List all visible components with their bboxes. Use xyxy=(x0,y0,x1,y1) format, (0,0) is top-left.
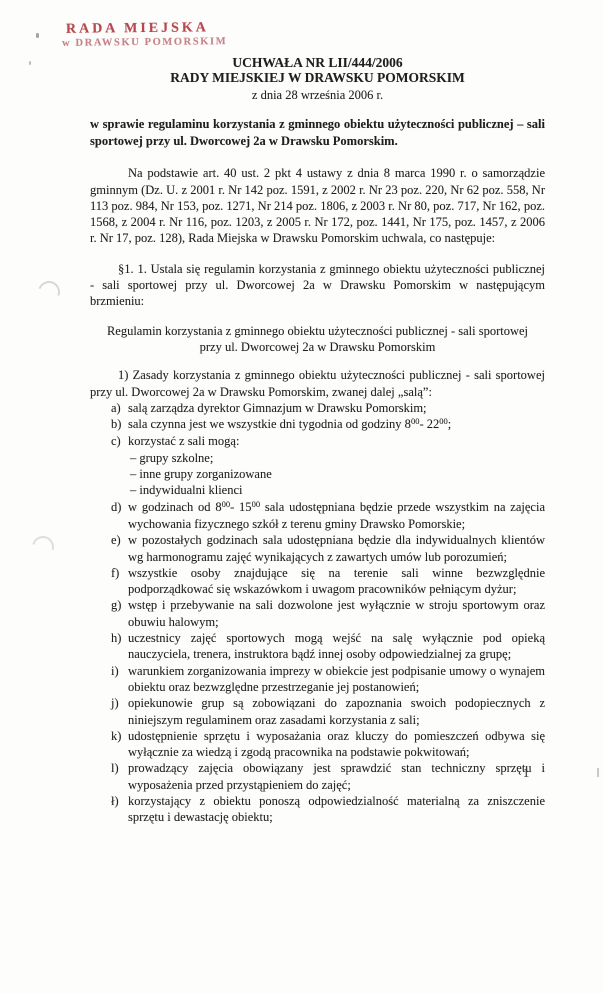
list-item-c: c) korzystać z sali mogą: xyxy=(90,433,545,449)
subject-line: w sprawie regulaminu korzystania z gminn… xyxy=(90,116,545,150)
item-text: udostępnienie sprzętu i wyposażania oraz… xyxy=(128,729,545,759)
item-label: k) xyxy=(111,728,121,744)
item-text: sala czynna jest we wszystkie dni tygodn… xyxy=(128,417,451,431)
list-item-d: d) w godzinach od 800- 1500 sala udostęp… xyxy=(90,499,545,533)
item-label: i) xyxy=(111,663,119,679)
item-text: prowadzący zajęcia obowiązany jest spraw… xyxy=(128,761,545,791)
item-text: wszystkie osoby znajdujące się na tereni… xyxy=(128,566,545,596)
punch-hole-artifact xyxy=(28,532,58,562)
regulation-title: Regulamin korzystania z gminnego obiektu… xyxy=(90,323,545,356)
superscript: 00 xyxy=(252,499,261,509)
page-number: 1 xyxy=(523,766,529,781)
item-text: warunkiem zorganizowania imprezy w obiek… xyxy=(128,664,545,694)
item-label: a) xyxy=(111,400,121,416)
regulation-title-line-2: przy ul. Dworcowej 2a w Drawsku Pomorski… xyxy=(90,339,545,355)
item-text: korzystać z sali mogą: xyxy=(128,434,239,448)
point-1-intro: 1) Zasady korzystania z gminnego obiektu… xyxy=(90,367,545,400)
sub-list-item: – inne grupy zorganizowane xyxy=(90,466,545,482)
list-item-a: a) salą zarządza dyrektor Gimnazjum w Dr… xyxy=(90,400,545,416)
item-text: w godzinach od 800- 1500 sala udostępnia… xyxy=(128,500,545,531)
resolution-date: z dnia 28 września 2006 r. xyxy=(90,87,545,103)
sub-list-item: – indywidualni klienci xyxy=(90,482,545,498)
list-item-k: k) udostępnienie sprzętu i wyposażania o… xyxy=(90,728,545,761)
item-text: korzystający z obiektu ponoszą odpowiedz… xyxy=(128,794,545,824)
item-text: wstęp i przebywanie na sali dozwolone je… xyxy=(128,598,545,628)
sub-list-item: – grupy szkolne; xyxy=(90,450,545,466)
item-label: d) xyxy=(111,499,121,515)
legal-basis-paragraph: Na podstawie art. 40 ust. 2 pkt 4 ustawy… xyxy=(90,165,545,246)
item-label: c) xyxy=(111,433,121,449)
scanned-document-page: RADA MIEJSKA w DRAWSKU POMORSKIM UCHWAŁA… xyxy=(0,0,603,994)
regulation-title-line-1: Regulamin korzystania z gminnego obiektu… xyxy=(90,323,545,339)
list-item-j: j) opiekunowie grup są zobowiązani do za… xyxy=(90,695,545,728)
list-item-b: b) sala czynna jest we wszystkie dni tyg… xyxy=(90,416,545,433)
item-text: salą zarządza dyrektor Gimnazjum w Draws… xyxy=(128,401,427,415)
punch-hole-artifact xyxy=(34,277,63,306)
ink-speck xyxy=(36,33,39,38)
list-item-i: i) warunkiem zorganizowania imprezy w ob… xyxy=(90,663,545,696)
item-text: opiekunowie grup są zobowiązani do zapoz… xyxy=(128,696,545,726)
item-label: h) xyxy=(111,630,121,646)
item-text: w pozostałych godzinach sala udostępnian… xyxy=(128,533,545,563)
item-label: j) xyxy=(111,695,119,711)
rules-list: a) salą zarządza dyrektor Gimnazjum w Dr… xyxy=(90,400,545,826)
item-label: ł) xyxy=(111,793,119,809)
superscript: 00 xyxy=(439,416,448,426)
list-item-g: g) wstęp i przebywanie na sali dozwolone… xyxy=(90,597,545,630)
item-label: g) xyxy=(111,597,121,613)
document-body: UCHWAŁA NR LII/444/2006 RADY MIEJSKIEJ W… xyxy=(90,0,545,826)
scan-edge-artifact xyxy=(597,768,599,777)
ink-speck xyxy=(29,61,31,65)
list-item-e: e) w pozostałych godzinach sala udostępn… xyxy=(90,532,545,565)
resolution-issuer: RADY MIEJSKIEJ W DRAWSKU POMORSKIM xyxy=(90,71,545,86)
list-item-h: h) uczestnicy zajęć sportowych mogą wejś… xyxy=(90,630,545,663)
item-label: b) xyxy=(111,416,121,432)
list-item-f: f) wszystkie osoby znajdujące się na ter… xyxy=(90,565,545,598)
item-label: l) xyxy=(111,760,119,776)
item-label: f) xyxy=(111,565,119,581)
section-1-paragraph: §1. 1. Ustala się regulamin korzystania … xyxy=(90,261,545,310)
list-item-l: l) prowadzący zajęcia obowiązany jest sp… xyxy=(90,760,545,793)
item-label: e) xyxy=(111,532,121,548)
superscript: 00 xyxy=(411,416,420,426)
item-text: uczestnicy zajęć sportowych mogą wejść n… xyxy=(128,631,545,661)
list-item-l-stroke: ł) korzystający z obiektu ponoszą odpowi… xyxy=(90,793,545,826)
document-title-block: UCHWAŁA NR LII/444/2006 RADY MIEJSKIEJ W… xyxy=(90,56,545,103)
resolution-number: UCHWAŁA NR LII/444/2006 xyxy=(90,56,545,71)
superscript: 00 xyxy=(222,499,231,509)
